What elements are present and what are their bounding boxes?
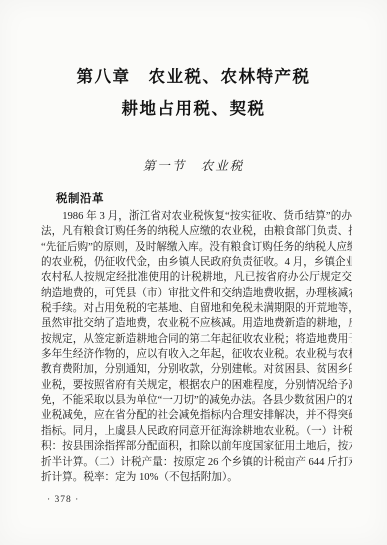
- chapter-title: 第八章 农业税、农林特产税 耕地占用税、契税: [0, 68, 387, 118]
- paragraph-line: 的农业税，仍征收代金，由乡镇人民政府负责征收。4 月，乡镇企业和: [41, 255, 352, 270]
- paragraph-line: 1986 年 3 月，浙江省对农业税恢复“按实征收、货币结算”的办: [41, 209, 352, 224]
- paragraph-line: 法，凡有粮食订购任务的纳税人应缴的农业税，由粮食部门负责、按: [41, 224, 352, 239]
- chapter-title-line2: 耕地占用税、契税: [0, 100, 387, 118]
- paragraph-line: 农村私人按规定经批准使用的计税耕地，凡已按省府办公厅规定交: [41, 270, 352, 285]
- paragraph-line: 多年生经济作物的，应以有收入之年起，征收农业税。农业税与农村: [41, 347, 352, 362]
- body-paragraph: 1986 年 3 月，浙江省对农业税恢复“按实征收、货币结算”的办法，凡有粮食订…: [41, 209, 352, 485]
- section-title: 第一节 农业税: [0, 156, 387, 174]
- paragraph-line: 业税减免，应在省分配的社会减免指标内合理安排解决，并不得突破: [41, 408, 352, 423]
- paragraph-line: 按规定，从签定新造耕地合同的第二年起征收农业税；将造地费用于: [41, 332, 352, 347]
- paragraph-line: 虽然审批交纳了造地费，农业税不应核减。用造地费新造的耕地，应: [41, 316, 352, 331]
- paragraph-line: 教育费附加，分别通知，分别收款，分别建帐。对贫困县、贫困乡的农: [41, 362, 352, 377]
- paragraph-line: 税手续。对占用免税的宅基地、自留地和免税未满期限的开荒地等，: [41, 301, 352, 316]
- paragraph-line: 积：按县围涂指挥部分配面积，扣除以前年度国家征用土地后，按六: [41, 439, 352, 454]
- subhead-tax-system-history: 税制沿革: [56, 190, 104, 206]
- paragraph-line: “先征后购”的原则，及时解缴入库。没有粮食订购任务的纳税人应缴: [41, 240, 352, 255]
- paragraph-line: 指标。同月，上虞县人民政府同意开征海涂耕地农业税。（一）计税面: [41, 424, 352, 439]
- page-number: · 378 ·: [47, 495, 79, 505]
- chapter-title-line1: 第八章 农业税、农林特产税: [0, 68, 387, 86]
- paragraph-line: 折半计算。（二）计税产量：按原定 26 个乡镇的计税亩产 644 斤打对: [41, 455, 352, 470]
- paragraph-line: 免，不能采取以县为单位“一刀切”的减免办法。各县少数贫困户的农: [41, 393, 352, 408]
- paragraph-line: 折计算。税率：定为 10%（不包括附加）。: [41, 470, 352, 485]
- paragraph-line: 纳造地费的，可凭县（市）审批文件和交纳造地费收据，办理核减农业: [41, 286, 352, 301]
- paragraph-line: 业税，要按照省府有关规定，根据农户的困难程度，分别情况给予减: [41, 378, 352, 393]
- book-page: 第八章 农业税、农林特产税 耕地占用税、契税 第一节 农业税 税制沿革 1986…: [0, 0, 387, 545]
